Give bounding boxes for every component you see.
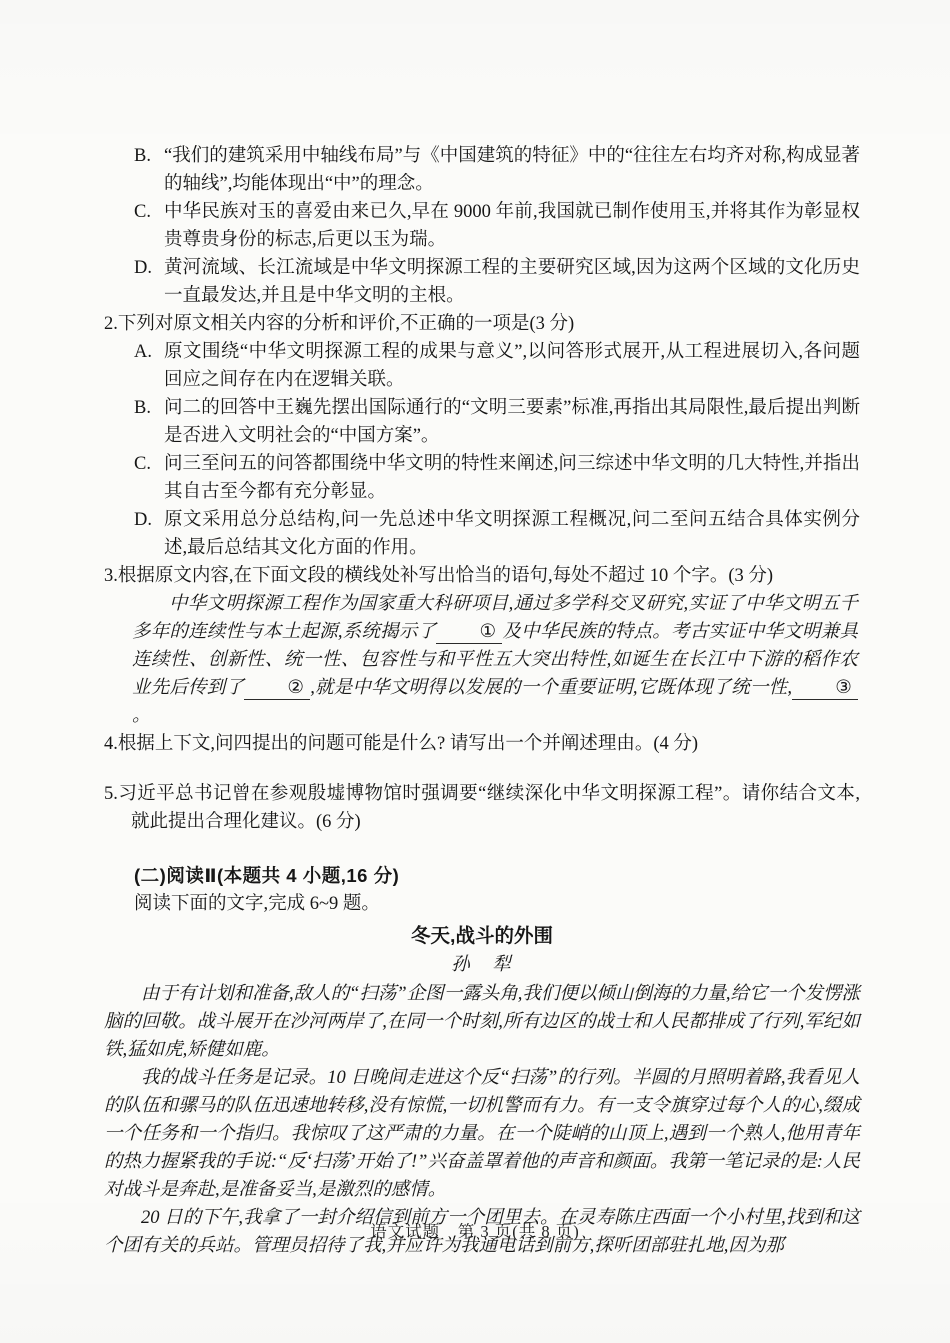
q2-option-c-label: C. — [134, 450, 151, 478]
q2-stem: 2.下列对原文相关内容的分析和评价,不正确的一项是(3 分) — [104, 310, 860, 338]
q2-option-a-text: 原文围绕“中华文明探源工程的成果与意义”,以问答形式展开,从工程进展切入,各问题… — [164, 342, 860, 390]
reading2-intro: 阅读下面的文字,完成 6~9 题。 — [134, 890, 860, 918]
q2-option-a: A. 原文围绕“中华文明探源工程的成果与意义”,以问答形式展开,从工程进展切入,… — [104, 338, 860, 394]
q3-blank-3: ③ — [792, 677, 858, 700]
q3-passage-part3: ,就是中华文明得以发展的一个重要证明,它既体现了统一性, — [310, 678, 792, 698]
q2-option-b: B. 问二的回答中王巍先摆出国际通行的“文明三要素”标准,再指出其局限性,最后提… — [104, 394, 860, 450]
q2-option-b-text: 问二的回答中王巍先摆出国际通行的“文明三要素”标准,再指出其局限性,最后提出判断… — [164, 398, 860, 446]
q3-blank-1: ① — [436, 621, 502, 644]
q2-option-c: C. 问三至问五的问答都围绕中华文明的特性来阐述,问三综述中华文明的几大特性,并… — [104, 450, 860, 506]
reading2-essay-author: 孙 犁 — [104, 951, 860, 980]
reading2-essay-title: 冬天,战斗的外围 — [104, 921, 860, 951]
q1-option-b: B. “我们的建筑采用中轴线布局”与《中国建筑的特征》中的“往往左右均齐对称,构… — [104, 142, 860, 198]
q1-option-c-text: 中华民族对玉的喜爱由来已久,早在 9000 年前,我国就已制作使用玉,并将其作为… — [164, 202, 860, 250]
q1-option-c: C. 中华民族对玉的喜爱由来已久,早在 9000 年前,我国就已制作使用玉,并将… — [104, 198, 860, 254]
q2-option-d-label: D. — [134, 506, 152, 534]
q1-option-c-label: C. — [134, 198, 151, 226]
q2-option-c-text: 问三至问五的问答都围绕中华文明的特性来阐述,问三综述中华文明的几大特性,并指出其… — [164, 454, 860, 502]
reading2-paragraph-2: 我的战斗任务是记录。10 日晚间走进这个反“扫荡”的行列。半圆的月照明着路,我看… — [104, 1064, 860, 1204]
q1-option-b-text: “我们的建筑采用中轴线布局”与《中国建筑的特征》中的“往往左右均齐对称,构成显著… — [164, 146, 860, 194]
reading2-section-header: (二)阅读Ⅱ(本题共 4 小题,16 分) — [134, 862, 860, 890]
exam-paper-page: B. “我们的建筑采用中轴线布局”与《中国建筑的特征》中的“往往左右均齐对称,构… — [0, 0, 950, 1343]
q5-stem: 5.习近平总书记曾在参观殷墟博物馆时强调要“继续深化中华文明探源工程”。请你结合… — [104, 780, 860, 836]
q2-option-a-label: A. — [134, 338, 152, 366]
page-content: B. “我们的建筑采用中轴线布局”与《中国建筑的特征》中的“往往左右均齐对称,构… — [104, 142, 860, 1260]
q3-stem: 3.根据原文内容,在下面文段的横线处补写出恰当的语句,每处不超过 10 个字。(… — [104, 562, 860, 590]
q4-stem: 4.根据上下文,问四提出的问题可能是什么? 请写出一个并阐述理由。(4 分) — [104, 730, 860, 758]
page-footer: 语文试题 第 3 页(共 8 页) — [0, 1218, 950, 1242]
reading2-paragraph-1: 由于有计划和准备,敌人的“扫荡”企图一露头角,我们便以倾山倒海的力量,给它一个发… — [104, 980, 860, 1064]
q2-option-d-text: 原文采用总分总结构,问一先总述中华文明探源工程概况,问二至问五结合具体实例分述,… — [164, 510, 860, 558]
q3-passage: 中华文明探源工程作为国家重大科研项目,通过多学科交叉研究,实证了中华文明五千多年… — [132, 590, 858, 730]
q1-option-b-label: B. — [134, 142, 151, 170]
q1-option-d-label: D. — [134, 254, 152, 282]
q3-passage-part4: 。 — [132, 706, 151, 726]
q1-option-d-text: 黄河流域、长江流域是中华文明探源工程的主要研究区域,因为这两个区域的文化历史一直… — [164, 258, 860, 306]
q2-option-b-label: B. — [134, 394, 151, 422]
q3-blank-2: ② — [244, 677, 310, 700]
q2-option-d: D. 原文采用总分总结构,问一先总述中华文明探源工程概况,问二至问五结合具体实例… — [104, 506, 860, 562]
q1-option-d: D. 黄河流域、长江流域是中华文明探源工程的主要研究区域,因为这两个区域的文化历… — [104, 254, 860, 310]
